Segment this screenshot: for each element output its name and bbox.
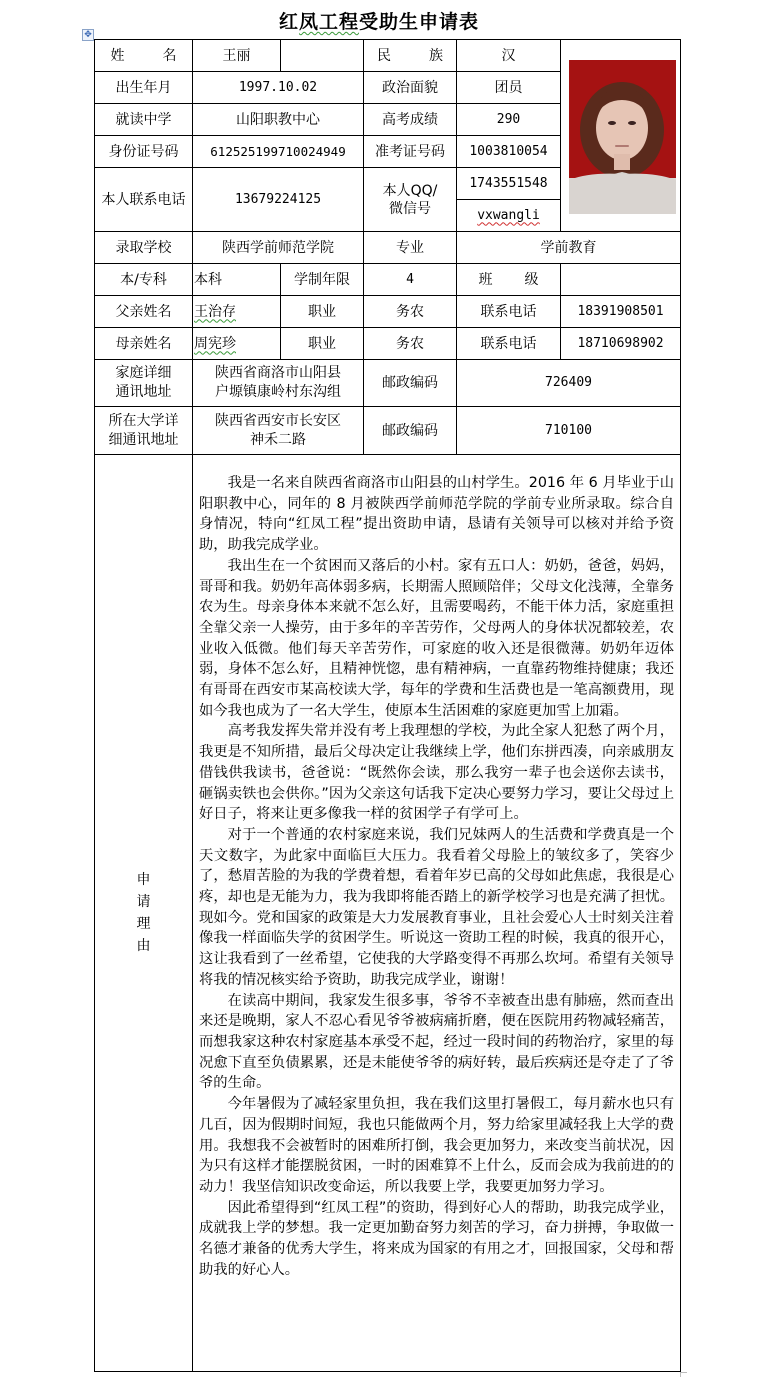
reason-paragraph: 高考我发挥失常并没有考上我理想的学校，为此全家人犯愁了两个月，我更是不知所措，最… (199, 721, 674, 825)
exam-score-label: 高考成绩 (363, 103, 457, 136)
wechat-value[interactable]: vxwangli (456, 199, 561, 232)
university-address-label: 所在大学详细通讯地址 (94, 406, 193, 455)
father-phone-value[interactable]: 18391908501 (560, 295, 681, 328)
major-label: 专业 (363, 231, 457, 264)
ethnicity-value[interactable]: 汉 (456, 39, 561, 72)
mother-phone-value[interactable]: 18710698902 (560, 327, 681, 360)
exam-ticket-label: 准考证号码 (363, 135, 457, 168)
admitted-school-label: 录取学校 (94, 231, 193, 264)
photo-cell (560, 39, 681, 232)
title-part: 红 (279, 11, 299, 33)
reason-paragraph: 在读高中期间，我家发生很多事，爷爷不幸被查出患有肺癌，然而查出来还是晚期，家人不… (199, 991, 674, 1095)
father-job-value[interactable]: 务农 (363, 295, 457, 328)
reason-paragraph: 今年暑假为了减轻家里负担，我在我们这里打暑假工，每月薪水也只有几百，因为假期时间… (199, 1094, 674, 1198)
father-phone-label: 联系电话 (456, 295, 561, 328)
applicant-photo (569, 60, 676, 214)
id-number-value[interactable]: 612525199710024949 (192, 135, 364, 168)
high-school-value[interactable]: 山阳职教中心 (192, 103, 364, 136)
reason-text[interactable]: 我是一名来自陕西省商洛市山阳县的山村学生。2016 年 6 月毕业于山阳职教中心… (192, 454, 681, 1372)
home-address-value[interactable]: 陕西省商洛市山阳县户塬镇康岭村东沟组 (192, 359, 364, 407)
mother-job-label: 职业 (280, 327, 364, 360)
father-name-label: 父亲姓名 (94, 295, 193, 328)
home-address-label: 家庭详细通讯地址 (94, 359, 193, 407)
mother-job-value[interactable]: 务农 (363, 327, 457, 360)
degree-value[interactable]: 本科 (192, 263, 281, 296)
name-label: 姓名 (94, 39, 193, 72)
home-postcode-label: 邮政编码 (363, 359, 457, 407)
reason-paragraph: 因此希望得到“红凤工程”的资助，得到好心人的帮助，助我完成学业，成就我上学的梦想… (199, 1198, 674, 1281)
name-value[interactable]: 王丽 (192, 39, 281, 72)
father-job-label: 职业 (280, 295, 364, 328)
name-value-merge (280, 39, 364, 72)
application-form-table: 姓名 王丽 民族 汉 出生年月 1997.10.02 政治面貌 团员 (95, 40, 681, 1372)
political-label: 政治面貌 (363, 71, 457, 104)
phone-label: 本人联系电话 (94, 167, 193, 232)
mother-name-value[interactable]: 周宪珍 (192, 327, 281, 360)
page-corner-mark (680, 1372, 687, 1377)
reason-label: 申 请 理 由 (94, 454, 193, 1372)
birth-value[interactable]: 1997.10.02 (192, 71, 364, 104)
university-postcode-label: 邮政编码 (363, 406, 457, 455)
class-value[interactable] (560, 263, 681, 296)
class-label: 班级 (456, 263, 561, 296)
degree-label: 本/专科 (94, 263, 193, 296)
mother-phone-label: 联系电话 (456, 327, 561, 360)
mother-name-label: 母亲姓名 (94, 327, 193, 360)
major-value[interactable]: 学前教育 (456, 231, 681, 264)
reason-paragraph: 我是一名来自陕西省商洛市山阳县的山村学生。2016 年 6 月毕业于山阳职教中心… (199, 473, 674, 556)
university-postcode-value[interactable]: 710100 (456, 406, 681, 455)
high-school-label: 就读中学 (94, 103, 193, 136)
table-move-handle-icon[interactable]: ✥ (82, 29, 94, 41)
university-address-value[interactable]: 陕西省西安市长安区神禾二路 (192, 406, 364, 455)
father-name-value[interactable]: 王治存 (192, 295, 281, 328)
birth-label: 出生年月 (94, 71, 193, 104)
qq-wechat-label: 本人QQ/微信号 (363, 167, 457, 232)
admitted-school-value[interactable]: 陕西学前师范学院 (192, 231, 364, 264)
exam-score-value[interactable]: 290 (456, 103, 561, 136)
reason-paragraph: 对于一个普通的农村家庭来说，我们兄妹两人的生活费和学费真是一个天文数字，为此家中… (199, 825, 674, 991)
political-value[interactable]: 团员 (456, 71, 561, 104)
qq-value[interactable]: 1743551548 (456, 167, 561, 200)
duration-label: 学制年限 (280, 263, 364, 296)
id-number-label: 身份证号码 (94, 135, 193, 168)
duration-value[interactable]: 4 (363, 263, 457, 296)
portrait-image-icon (569, 60, 676, 214)
document-title: 红凤工程受助生申请表 (0, 7, 758, 34)
ethnicity-label: 民族 (363, 39, 457, 72)
phone-value[interactable]: 13679224125 (192, 167, 364, 232)
exam-ticket-value[interactable]: 1003810054 (456, 135, 561, 168)
title-part: 受助生申请表 (359, 11, 479, 33)
title-part-underlined: 凤工程 (299, 11, 359, 33)
home-postcode-value[interactable]: 726409 (456, 359, 681, 407)
reason-paragraph: 我出生在一个贫困而又落后的小村。家有五口人：奶奶，爸爸，妈妈，哥哥和我。奶奶年高… (199, 556, 674, 722)
